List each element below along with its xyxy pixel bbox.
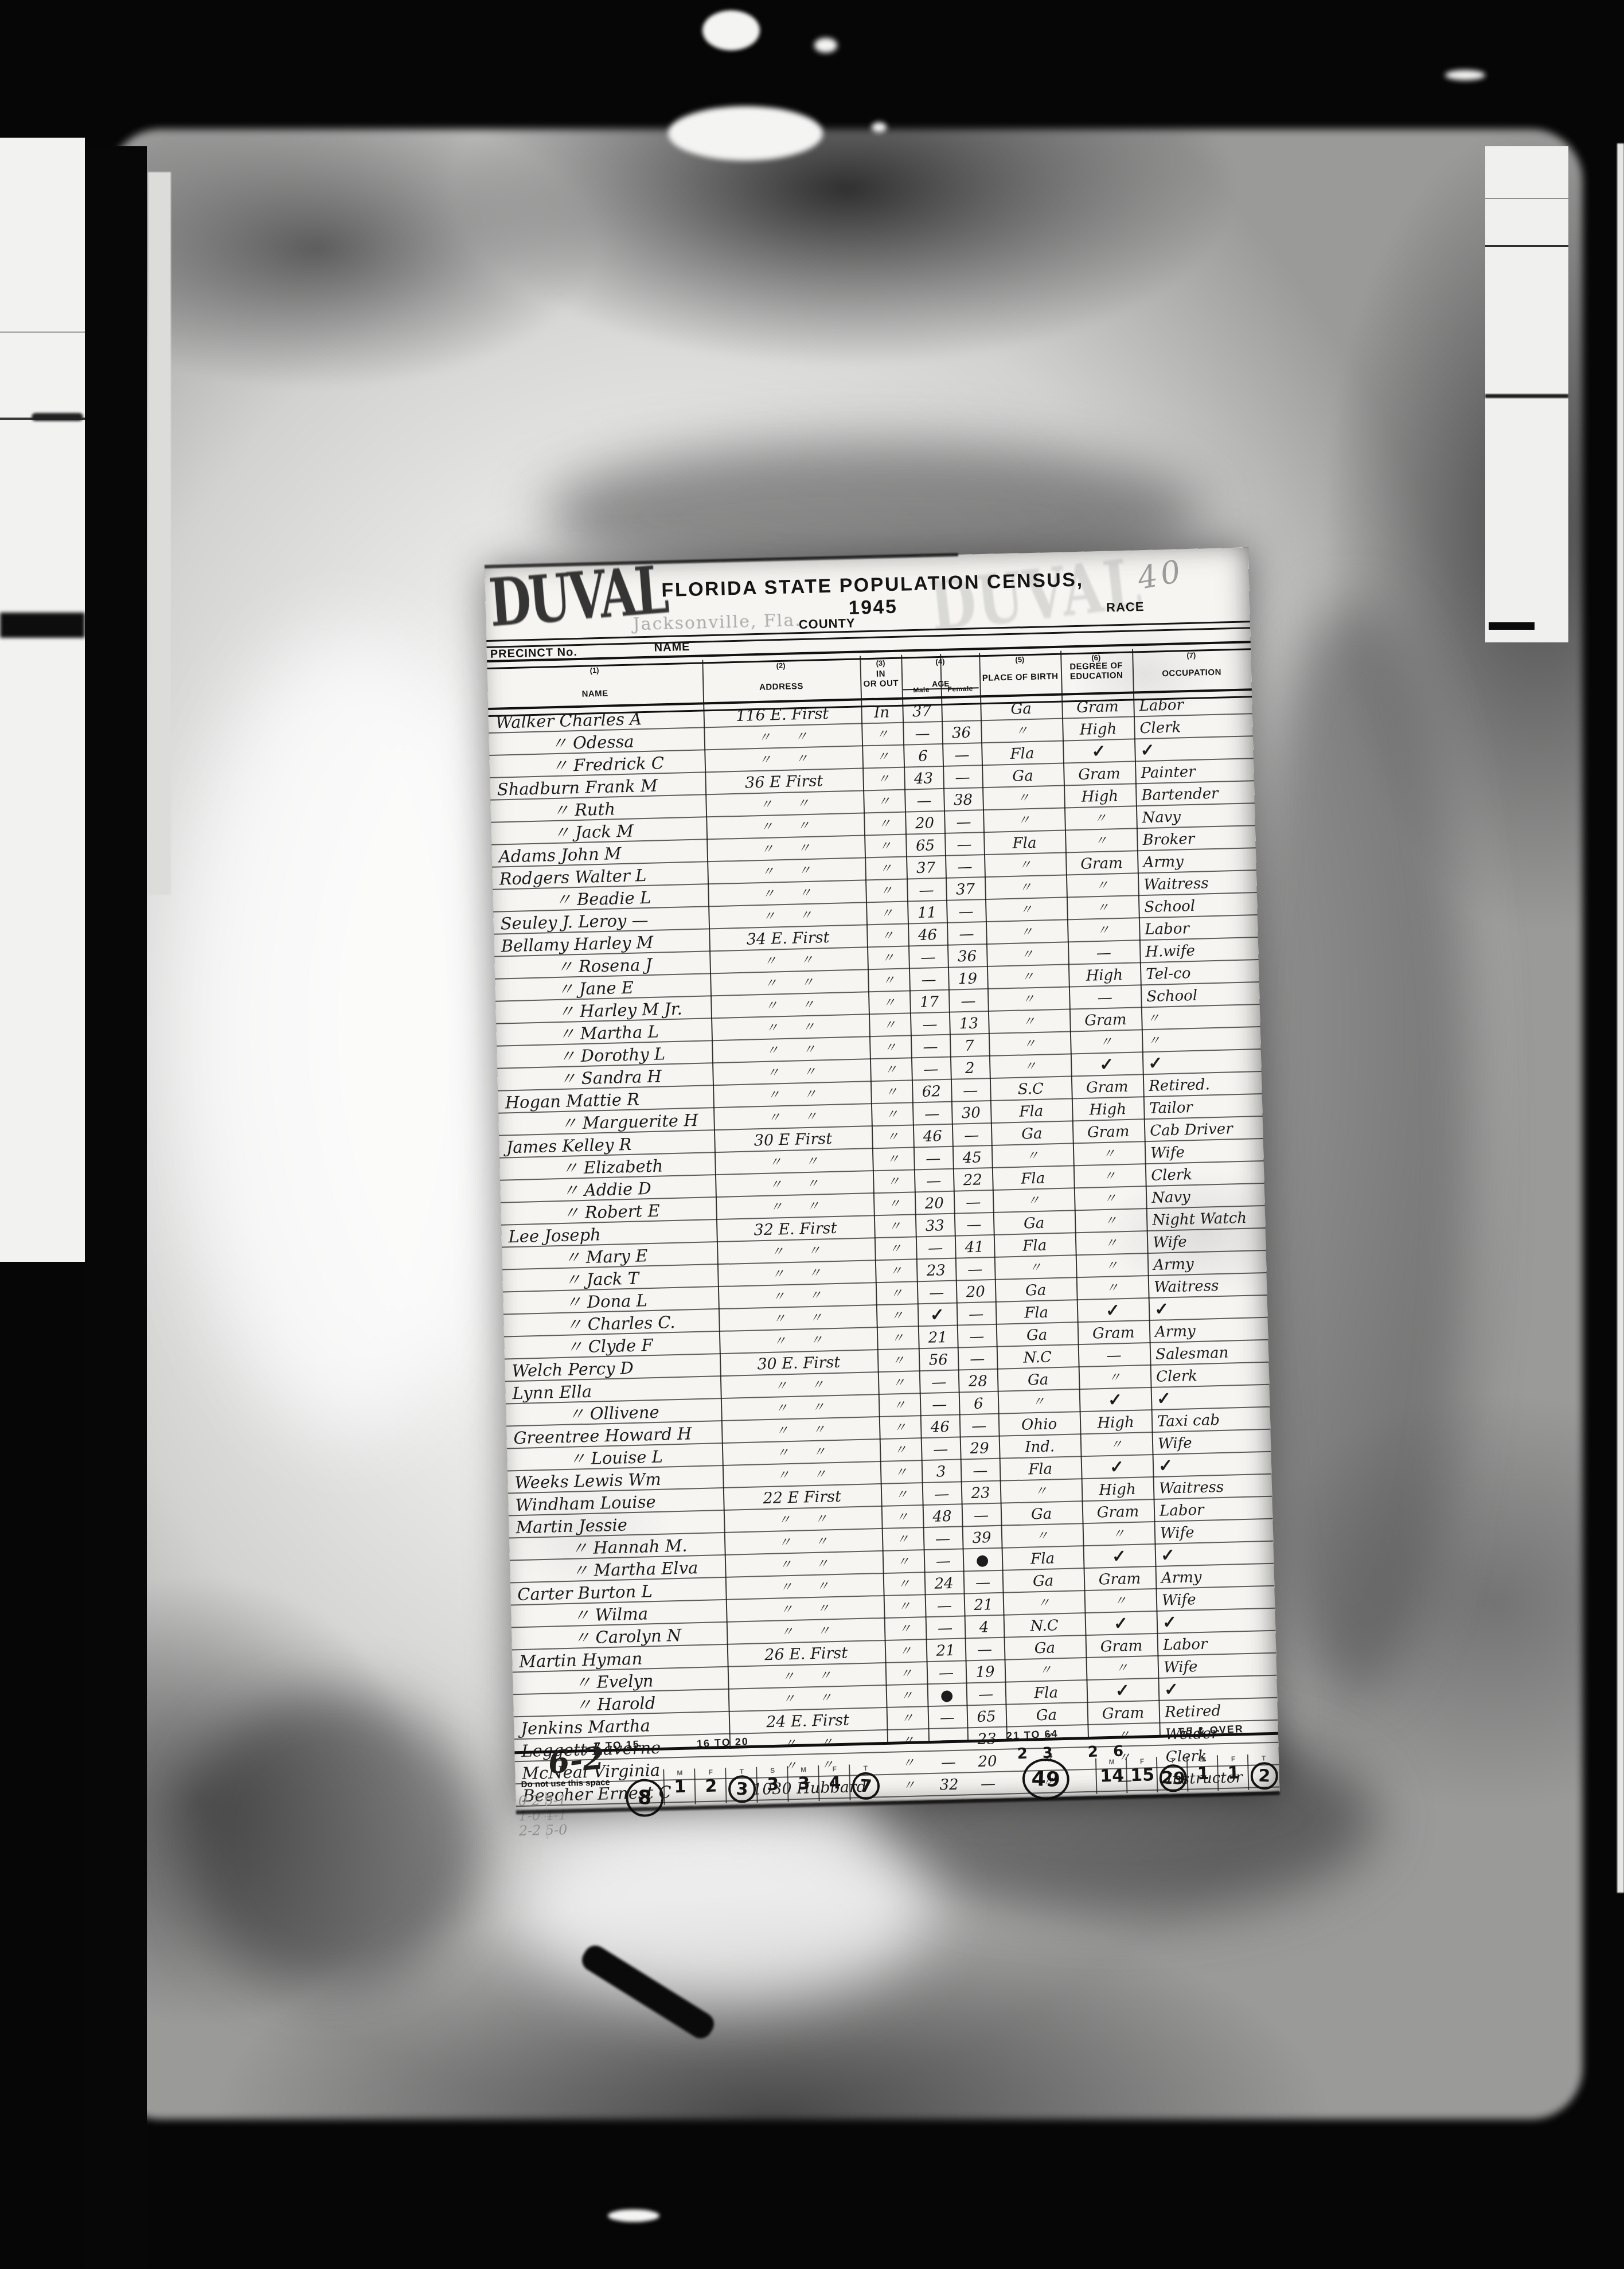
address-cell: 〃 〃	[721, 1397, 879, 1420]
occupation-cell: School	[1138, 895, 1258, 917]
address-cell: 〃 〃	[726, 1598, 884, 1621]
education-cell: Gram	[1069, 1009, 1142, 1031]
address-cell: 〃 〃	[725, 1576, 884, 1599]
age-male-cell: ✓	[918, 1305, 957, 1326]
tally-value: 4	[829, 1773, 841, 1794]
place-of-birth-cell: Ga	[997, 1369, 1079, 1391]
film-smudge	[814, 38, 837, 53]
in-or-out-cell: 〃	[870, 1082, 912, 1103]
education-cell: ✓	[1077, 1300, 1149, 1321]
place-of-birth-cell: Fla	[981, 743, 1063, 765]
age-female-cell: —	[951, 1081, 990, 1101]
age-male-cell: 17	[909, 992, 949, 1013]
occupation-cell: Waitress	[1148, 1275, 1267, 1297]
adjacent-frame-right	[1485, 146, 1568, 642]
address-cell: 〃 〃	[721, 1419, 880, 1443]
address-cell: 〃 〃	[712, 1039, 870, 1062]
address-cell: 26 E. First	[727, 1643, 885, 1666]
address-cell: 30 E. First	[720, 1352, 878, 1375]
address-cell: 〃 〃	[719, 1307, 877, 1331]
age-male-cell: 20	[905, 813, 944, 834]
in-or-out-cell: 〃	[870, 1060, 912, 1081]
column-label: OCCUPATION	[1162, 668, 1221, 679]
in-or-out-cell: 〃	[873, 1172, 915, 1192]
address-cell: 〃 〃	[711, 1016, 869, 1040]
place-of-birth-cell: Ga	[980, 699, 1062, 720]
place-of-birth-cell: 〃	[986, 922, 1068, 944]
address-cell: 〃 〃	[707, 860, 865, 883]
age-female-cell: —	[962, 1506, 1001, 1526]
place-of-birth-cell: N.C	[1004, 1615, 1086, 1637]
occupation-cell: Navy	[1136, 805, 1255, 828]
age-male-cell: 37	[902, 701, 942, 722]
place-of-birth-cell: 〃	[994, 1257, 1076, 1279]
address-cell: 116 E. First	[703, 703, 861, 727]
age-male-cell: 46	[908, 925, 947, 946]
in-or-out-cell: 〃	[878, 1373, 920, 1394]
in-or-out-cell: 〃	[862, 747, 904, 768]
place-of-birth-cell: Fla	[994, 1235, 1076, 1257]
occupation-cell: 〃	[1142, 1029, 1261, 1051]
place-of-birth-cell: Ga	[993, 1213, 1075, 1234]
education-cell: 〃	[1067, 920, 1139, 941]
age-male-cell: 3	[922, 1462, 961, 1483]
in-or-out-cell: 〃	[875, 1261, 917, 1282]
column-label: ADDRESS	[759, 681, 803, 692]
occupation-cell: ✓	[1149, 1297, 1268, 1320]
frame-line	[0, 332, 85, 333]
place-of-birth-cell: 〃	[998, 1391, 1080, 1413]
age-female-cell: 41	[955, 1237, 994, 1258]
in-or-out-cell: 〃	[877, 1328, 919, 1349]
address-cell: 〃 〃	[727, 1620, 885, 1644]
county-label: COUNTY	[798, 616, 856, 632]
occupation-cell: Clerk	[1150, 1364, 1270, 1387]
place-of-birth-cell: Ga	[1004, 1638, 1086, 1659]
in-or-out-cell: 〃	[868, 993, 910, 1013]
place-of-birth-cell: S.C	[990, 1078, 1072, 1100]
pencil-note: 2-2	[518, 1823, 545, 1838]
education-cell: 〃	[1075, 1233, 1147, 1254]
place-of-birth-cell: Fla	[1005, 1682, 1087, 1704]
place-of-birth-cell: 〃	[989, 1034, 1071, 1055]
education-cell: High	[1062, 719, 1134, 740]
address-cell: 〃 〃	[713, 1106, 872, 1129]
in-or-out-cell: 〃	[868, 970, 909, 991]
frame-mark	[32, 413, 83, 421]
age-male-cell: —	[912, 1104, 952, 1125]
tally-letter: M	[1188, 1755, 1218, 1764]
address-cell: 〃 〃	[720, 1374, 879, 1398]
education-cell: 〃	[1066, 875, 1138, 896]
place-of-birth-cell: Fla	[1000, 1459, 1082, 1480]
address-cell: 〃 〃	[712, 1061, 870, 1085]
occupation-cell: School	[1141, 984, 1260, 1007]
education-cell: 〃	[1073, 1144, 1145, 1165]
education-cell: ✓	[1079, 1390, 1151, 1411]
education-cell: Gram	[1087, 1703, 1160, 1724]
age-male-cell: —	[904, 791, 944, 812]
column-number: (5)	[1015, 655, 1024, 664]
occupation-cell: ✓	[1134, 738, 1254, 761]
in-or-out-cell: 〃	[862, 770, 904, 790]
address-cell: 〃 〃	[704, 748, 862, 771]
tally-value: 3	[767, 1775, 779, 1795]
place-of-birth-cell: 〃	[993, 1190, 1075, 1212]
age-male-cell: 11	[907, 903, 947, 923]
address-cell: 36 E First	[705, 770, 863, 794]
tally-cell: M14	[1095, 1757, 1128, 1794]
age-female-cell: 45	[952, 1148, 992, 1168]
in-or-out-cell: 〃	[865, 859, 907, 880]
age-male-cell: 20	[915, 1194, 954, 1214]
age-female-cell: 36	[942, 723, 981, 743]
occupation-cell: Salesman	[1150, 1342, 1269, 1364]
tally-value: 1	[1197, 1764, 1209, 1784]
age-female-cell: 30	[951, 1103, 991, 1124]
age-female-cell: —	[943, 767, 982, 788]
age-male-cell: —	[909, 970, 948, 991]
education-cell: High	[1082, 1479, 1154, 1500]
in-or-out-cell: 〃	[879, 1418, 921, 1438]
frame-mark	[1489, 622, 1535, 630]
age-male-cell: 33	[915, 1216, 955, 1237]
address-cell: 〃 〃	[704, 726, 862, 749]
age-female-cell: —	[942, 745, 982, 766]
address-cell: 〃 〃	[718, 1285, 876, 1308]
address-cell: 〃 〃	[717, 1240, 875, 1264]
tally-cell: T29	[1156, 1756, 1189, 1792]
education-cell: Gram	[1086, 1636, 1158, 1657]
frame-line	[1485, 198, 1568, 199]
tally-cell: M3	[787, 1765, 820, 1802]
age-male-cell: 46	[920, 1417, 960, 1438]
age-male-cell: —	[903, 724, 942, 744]
tally-value: 3	[728, 1775, 756, 1803]
place-of-birth-cell: 〃	[1001, 1526, 1083, 1547]
occupation-cell: Bartender	[1135, 783, 1255, 805]
in-or-out-cell: 〃	[869, 1038, 911, 1058]
age-female-cell: 19	[966, 1662, 1005, 1683]
in-or-out-cell: 〃	[880, 1463, 922, 1483]
occupation-cell: Wife	[1152, 1432, 1271, 1454]
age-female-cell: —	[952, 1125, 991, 1146]
occupation-cell: Broker	[1137, 828, 1256, 850]
tally-value: 2	[1250, 1761, 1278, 1790]
tally-cell: T2	[1247, 1754, 1280, 1790]
place-of-birth-cell: 〃	[1005, 1660, 1087, 1682]
in-or-out-cell: 〃	[875, 1239, 916, 1260]
age-male-cell: —	[926, 1618, 965, 1639]
age-male-cell: 65	[905, 836, 945, 856]
age-male-cell: 23	[916, 1261, 956, 1281]
occupation-cell: Clerk	[1145, 1163, 1264, 1186]
education-cell: 〃	[1084, 1591, 1157, 1612]
age-male-cell: —	[925, 1596, 965, 1616]
tally-cell: M1	[1186, 1755, 1219, 1791]
occupation-cell: ✓	[1157, 1611, 1276, 1633]
occupation-cell: Army	[1147, 1253, 1267, 1275]
age-female-cell: —	[961, 1461, 1000, 1482]
age-male-cell: 46	[913, 1126, 952, 1147]
age-female-cell: —	[946, 902, 986, 922]
address-cell: 〃 〃	[705, 793, 864, 816]
age-female-cell: —	[965, 1640, 1005, 1660]
address-cell: 〃 〃	[717, 1262, 876, 1286]
occupation-cell: ✓	[1153, 1454, 1272, 1476]
place-of-birth-cell: Fla	[992, 1168, 1074, 1190]
in-or-out-cell: 〃	[887, 1709, 928, 1729]
in-or-out-cell: 〃	[876, 1284, 918, 1304]
age-female-cell: —	[959, 1416, 999, 1437]
education-cell: Gram	[1084, 1569, 1156, 1590]
place-of-birth-cell: Ga	[1006, 1705, 1088, 1726]
age-male-cell: —	[914, 1171, 954, 1192]
film-smudge	[608, 2209, 659, 2222]
tally-cell: F15	[1126, 1757, 1158, 1793]
age-female-cell: 36	[947, 946, 987, 967]
age-female-cell: —	[944, 835, 984, 855]
education-cell: ✓	[1085, 1613, 1157, 1635]
tally-value: 29	[1158, 1764, 1187, 1792]
occupation-cell: Waitress	[1138, 872, 1257, 895]
occupation-cell: Army	[1149, 1320, 1268, 1342]
education-cell: 〃	[1083, 1524, 1155, 1545]
page-number-pencil: 40	[1135, 552, 1187, 597]
address-cell: 〃 〃	[719, 1330, 877, 1353]
place-of-birth-cell: Ga	[995, 1280, 1077, 1301]
education-cell: High	[1072, 1099, 1144, 1120]
place-of-birth-cell: 〃	[984, 855, 1066, 877]
education-cell: —	[1068, 942, 1140, 964]
tally-cell: T7	[849, 1764, 882, 1800]
age-female-cell: —	[948, 991, 988, 1012]
place-of-birth-cell: 〃	[989, 1056, 1071, 1078]
address-cell: 〃 〃	[708, 882, 866, 906]
place-of-birth-cell: Fla	[996, 1302, 1078, 1324]
tally-letter: T	[1157, 1756, 1188, 1765]
education-cell: 〃	[1073, 1166, 1146, 1187]
education-cell: Gram	[1078, 1323, 1150, 1344]
in-or-out-cell: 〃	[885, 1642, 927, 1662]
race-label: RACE	[1106, 599, 1145, 615]
address-cell: 〃 〃	[713, 1083, 871, 1107]
place-of-birth-cell: 〃	[985, 878, 1067, 899]
age-female-cell: 19	[948, 969, 987, 989]
column-number: (7)	[1186, 651, 1196, 660]
occupation-cell: Wife	[1156, 1588, 1275, 1611]
film-edge-bar-left	[85, 146, 147, 2268]
education-cell: Gram	[1071, 1077, 1143, 1098]
place-of-birth-cell: Ga	[982, 766, 1064, 787]
address-cell: 〃 〃	[715, 1173, 873, 1196]
tally-letter: M	[788, 1765, 819, 1774]
in-or-out-cell: 〃	[869, 1015, 911, 1036]
film-smudge	[1445, 70, 1485, 80]
age-male-cell: —	[917, 1283, 957, 1304]
address-cell: 〃 〃	[710, 994, 869, 1017]
education-cell: ✓	[1071, 1054, 1143, 1075]
occupation-cell: Painter	[1135, 761, 1254, 783]
occupation-cell: Wife	[1145, 1141, 1264, 1163]
place-of-birth-cell: 〃	[1000, 1481, 1082, 1503]
age-female-cell: 2	[950, 1058, 990, 1079]
address-cell: 〃 〃	[709, 949, 868, 973]
education-cell: ✓	[1081, 1457, 1153, 1478]
film-smudge	[668, 106, 823, 161]
age-female-cell: —	[944, 812, 983, 833]
in-or-out-cell: 〃	[884, 1597, 926, 1617]
tally-letter: S	[757, 1766, 788, 1775]
age-male-cell: 21	[926, 1640, 966, 1661]
age-female-cell: —	[966, 1685, 1006, 1705]
address-cell: 32 E. First	[716, 1218, 875, 1241]
age-female-cell: —	[954, 1192, 993, 1213]
age-female-cell: 21	[964, 1595, 1004, 1616]
age-male-cell: 21	[918, 1328, 958, 1348]
tally-letter: F	[819, 1765, 850, 1773]
age-female-cell: —	[958, 1349, 997, 1370]
tally-letter: F	[1218, 1755, 1248, 1763]
age-male-cell: 37	[906, 858, 946, 879]
tally-value: 3	[798, 1773, 810, 1794]
age-female-cell: 13	[949, 1013, 989, 1034]
age-male-cell: —	[907, 880, 946, 901]
occupation-cell: Labor	[1157, 1633, 1276, 1655]
age-male-cell: —	[916, 1238, 955, 1259]
place-of-birth-cell: Ohio	[998, 1414, 1080, 1436]
age-male-cell: 62	[912, 1082, 951, 1102]
in-or-out-cell: 〃	[880, 1440, 922, 1461]
age-female-cell: 22	[953, 1170, 993, 1191]
census-sheet: DUVAL DUVAL FLORIDA STATE POPULATION CEN…	[485, 547, 1279, 1811]
tally-cell: T3	[725, 1767, 758, 1803]
address-cell: 〃 〃	[725, 1553, 883, 1577]
age-female-cell: —	[957, 1304, 996, 1325]
age-male-cell: 48	[923, 1506, 962, 1527]
education-cell: ✓	[1063, 741, 1135, 762]
address-cell: 24 E. First	[729, 1710, 887, 1733]
age-male-cell: —	[908, 948, 948, 968]
occupation-cell: Wife	[1154, 1521, 1274, 1543]
age-bracket-label: 16 TO 20	[697, 1736, 749, 1750]
age-male-cell: —	[923, 1529, 963, 1549]
age-female-cell: —	[947, 924, 986, 945]
in-or-out-cell: 〃	[881, 1485, 923, 1506]
age-female-cell: 37	[946, 879, 985, 900]
name-label: NAME	[654, 641, 690, 655]
address-cell: 〃 〃	[708, 905, 866, 928]
tally-value: 15	[1130, 1765, 1155, 1785]
age-female-cell: 38	[943, 790, 983, 810]
in-or-out-cell: 〃	[874, 1217, 916, 1237]
age-male-cell: —	[928, 1707, 967, 1728]
education-cell: ✓	[1083, 1546, 1155, 1568]
column-number: (3)	[876, 658, 885, 667]
education-cell: High	[1064, 786, 1136, 807]
occupation-cell: ✓	[1142, 1051, 1262, 1074]
age-male-cell: —	[920, 1395, 959, 1416]
tally-letter: M	[664, 1768, 695, 1777]
column-number: (2)	[776, 661, 785, 670]
age-female-cell: 23	[961, 1483, 1001, 1504]
place-of-birth-cell: Fla	[1002, 1548, 1084, 1570]
place-of-birth-cell: Ind.	[999, 1436, 1081, 1458]
occupation-cell: Retired.	[1143, 1074, 1262, 1096]
in-or-out-cell: 〃	[864, 814, 905, 835]
in-or-out-cell: 〃	[885, 1664, 927, 1685]
education-cell: Gram	[1065, 853, 1138, 874]
age-male-cell: —	[911, 1037, 950, 1058]
tally-letter: T	[850, 1764, 881, 1772]
occupation-cell: Tel-co	[1140, 962, 1259, 984]
film-smudge	[184, 1692, 482, 1990]
pencil-note: 4-1	[545, 1807, 574, 1823]
address-cell: 〃 〃	[722, 1441, 880, 1465]
education-cell: ✓	[1087, 1681, 1159, 1702]
in-or-out-cell: 〃	[883, 1574, 925, 1595]
age-male-cell: 56	[919, 1350, 958, 1371]
age-male-cell: 24	[924, 1573, 964, 1594]
age-female-cell: —	[954, 1215, 994, 1235]
age-female-cell: 28	[958, 1371, 998, 1392]
adjacent-frame-left	[0, 138, 85, 1262]
age-male-cell: ●	[927, 1685, 967, 1706]
film-smudge	[872, 122, 887, 132]
address-cell: 〃 〃	[706, 815, 864, 839]
address-cell: 〃 〃	[715, 1151, 873, 1174]
in-or-out-cell: 〃	[886, 1686, 928, 1707]
place-of-birth-cell: Ga	[991, 1123, 1073, 1145]
in-or-out-cell: 〃	[877, 1351, 919, 1371]
education-cell: 〃	[1079, 1367, 1151, 1389]
place-of-birth-cell: 〃	[988, 1011, 1070, 1033]
film-smudge	[702, 10, 760, 50]
age-male-cell: —	[921, 1440, 961, 1460]
occupation-cell: Taxi cab	[1151, 1409, 1271, 1432]
age-female-cell: 4	[965, 1617, 1004, 1638]
address-cell: 〃 〃	[706, 837, 865, 861]
tally-cell: F1	[1217, 1755, 1250, 1791]
education-cell: 〃	[1064, 808, 1137, 829]
age-female-cell: —	[963, 1573, 1003, 1593]
tally-value: 7	[852, 1772, 880, 1800]
age-male-cell: —	[911, 1059, 951, 1080]
education-cell: 〃	[1076, 1278, 1149, 1299]
age-male-cell: —	[924, 1551, 963, 1572]
education-cell: 〃	[1076, 1256, 1148, 1277]
age-female-cell: 39	[962, 1528, 1002, 1549]
in-or-out-cell: 〃	[884, 1619, 926, 1640]
age-female-cell: 20	[956, 1282, 996, 1303]
address-cell: 〃 〃	[724, 1531, 883, 1554]
pencil-note: 1-0	[518, 1808, 545, 1823]
column-label: NAME	[581, 689, 608, 699]
in-or-out-cell: 〃	[866, 904, 908, 925]
in-or-out-cell: 〃	[881, 1507, 923, 1528]
address-cell: 〃 〃	[716, 1195, 874, 1219]
age-female-cell: 6	[959, 1394, 998, 1414]
in-or-out-cell: 〃	[865, 882, 907, 902]
tally-cell: S3	[756, 1766, 789, 1802]
occupation-cell: ✓	[1151, 1387, 1270, 1409]
in-or-out-cell: 〃	[871, 1105, 913, 1125]
place-of-birth-cell: N.C	[997, 1347, 1079, 1369]
place-of-birth-cell: Ga	[996, 1324, 1078, 1346]
place-of-birth-cell: 〃	[987, 989, 1069, 1011]
occupation-cell: Army	[1155, 1566, 1275, 1588]
in-or-out-cell: 〃	[876, 1306, 918, 1327]
